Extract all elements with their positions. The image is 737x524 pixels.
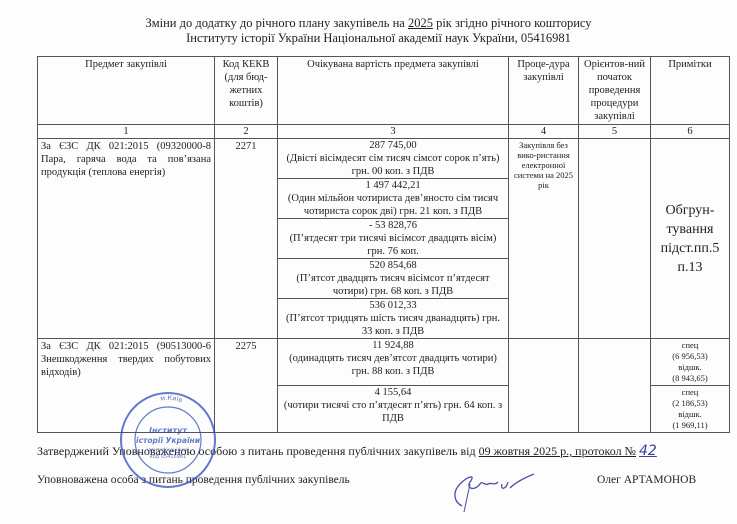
note-label: спец (654, 340, 726, 351)
amount-cell: 1 497 442,21(Один мільйон чотириста дев’… (278, 179, 509, 219)
col-header-subject: Предмет закупівлі (38, 57, 215, 125)
title-line-2: Інституту історії України Національної а… (0, 31, 737, 46)
amount-value: 11 924,88 (282, 339, 504, 352)
col-number: 5 (579, 125, 651, 139)
amount-words: (П’ятсот двадцять тисяч вісімсот п’ятдес… (282, 272, 504, 298)
approval-text: Затверджений Уповноваженою особою з пита… (37, 444, 479, 458)
procurement-table: Предмет закупівлі Код КЕКВ (для бюд-жетн… (37, 56, 730, 433)
note-value: (2 186,53) (654, 398, 726, 409)
note-value: (8 943,65) (654, 373, 726, 384)
note-value: (1 969,11) (654, 420, 726, 431)
table-row: За ЄЗС ДК 021:2015 (09320000-8 Пара, гар… (38, 139, 730, 179)
note-value: (6 956,53) (654, 351, 726, 362)
note-label: відшк. (654, 362, 726, 373)
col-header-cost: Очікувана вартість предмета закупівлі (278, 57, 509, 125)
amount-value: 1 497 442,21 (282, 179, 504, 192)
signature-icon (440, 462, 540, 512)
amount-words: (П’ятдесят три тисячі вісімсот двадцять … (282, 232, 504, 258)
kekv-cell: 2271 (215, 139, 278, 339)
subject-cell: За ЄЗС ДК 021:2015 (09320000-8 Пара, гар… (38, 139, 215, 339)
col-header-procedure: Проце-дура закупівлі (509, 57, 579, 125)
start-cell (579, 339, 651, 433)
col-number: 1 (38, 125, 215, 139)
amount-cell: 536 012,33(П’ятсот тридцять шість тисяч … (278, 299, 509, 339)
approval-date: 09 жовтня 2025 р., протокол № (479, 444, 636, 458)
col-header-start: Орієнтов-ний початок проведення процедур… (579, 57, 651, 125)
amount-words: (Один мільйон чотириста дев’яносто сім т… (282, 192, 504, 218)
column-number-row: 1 2 3 4 5 6 (38, 125, 730, 139)
col-header-notes: Примітки (651, 57, 730, 125)
procedure-cell (509, 339, 579, 433)
amount-words: (Двісті вісімдесят сім тисяч сімсот соро… (282, 152, 504, 178)
note-cell: спец (6 956,53) відшк. (8 943,65) (651, 339, 730, 386)
signer-name: Олег АРТАМОНОВ (597, 474, 696, 486)
amount-cell: - 53 828,76(П’ятдесят три тисячі вісімсо… (278, 219, 509, 259)
note-label: відшк. (654, 409, 726, 420)
col-number: 2 (215, 125, 278, 139)
approval-statement: Затверджений Уповноваженою особою з пита… (37, 443, 657, 459)
title-prefix: Зміни до додатку до річного плану закупі… (145, 16, 407, 30)
col-number: 4 (509, 125, 579, 139)
authorized-person-label: Уповноважена особа з питань проведення п… (37, 474, 350, 486)
amount-words: (одинадцять тисяч дев’ятсот двадцять чот… (282, 352, 504, 378)
amount-cell: 287 745,00(Двісті вісімдесят сім тисяч с… (278, 139, 509, 179)
title-line-1: Зміни до додатку до річного плану закупі… (0, 16, 737, 31)
amount-words: (П’ятсот тридцять шість тисяч дванадцять… (282, 312, 504, 338)
subject-cell: За ЄЗС ДК 021:2015 (90513000-6 Знешкодже… (38, 339, 215, 433)
protocol-number: 42 (639, 443, 657, 459)
table-header-row: Предмет закупівлі Код КЕКВ (для бюд-жетн… (38, 57, 730, 125)
amount-value: 287 745,00 (282, 139, 504, 152)
procedure-cell: Закупівля без вико-ристання електронної … (509, 139, 579, 339)
amount-cell: 4 155,64(чотири тисячі сто п’ятдесят п’я… (278, 386, 509, 433)
amount-value: - 53 828,76 (282, 219, 504, 232)
amount-cell: 520 854,68(П’ятсот двадцять тисяч вісімс… (278, 259, 509, 299)
note-cell: спец (2 186,53) відшк. (1 969,11) (651, 386, 730, 433)
amount-cell: 11 924,88(одинадцять тисяч дев’ятсот два… (278, 339, 509, 386)
table-row: За ЄЗС ДК 021:2015 (90513000-6 Знешкодже… (38, 339, 730, 386)
start-cell (579, 139, 651, 339)
plan-year: 2025 (408, 16, 433, 30)
col-number: 3 (278, 125, 509, 139)
amount-words: (чотири тисячі сто п’ятдесят п’ять) грн.… (282, 399, 504, 425)
col-header-kekv: Код КЕКВ (для бюд-жетних коштів) (215, 57, 278, 125)
kekv-cell: 2275 (215, 339, 278, 433)
col-number: 6 (651, 125, 730, 139)
amount-value: 536 012,33 (282, 299, 504, 312)
amount-value: 4 155,64 (282, 386, 504, 399)
note-label: спец (654, 387, 726, 398)
title-suffix: рік згідно річного кошторису (433, 16, 592, 30)
note-cell: Обгрун-тування підст.пп.5 п.13 (651, 139, 730, 339)
amount-value: 520 854,68 (282, 259, 504, 272)
